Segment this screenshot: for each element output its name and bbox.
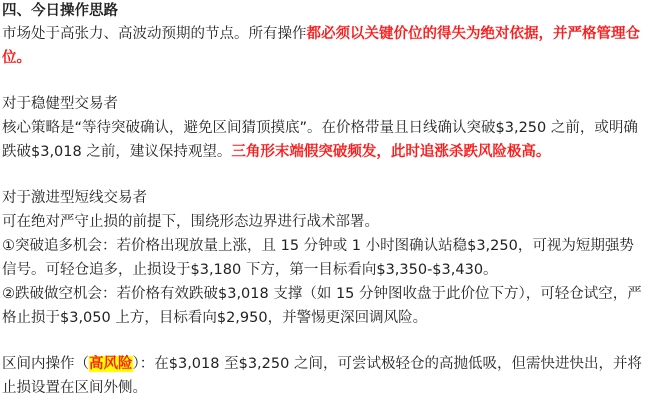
- long-breakout-item: ①突破追多机会：若价格出现放量上涨，且 15 分钟或 1 小时图确认站稳$3,2…: [2, 234, 644, 282]
- spacer: [2, 330, 644, 352]
- aggressive-intro: 可在绝对严守止损的前提下，围绕形态边界进行战术部署。: [2, 210, 644, 234]
- conservative-paragraph: 核心策略是“等待突破确认，避免区间猜顶摸底”。在价格带量且日线确认突破$3,25…: [2, 116, 644, 164]
- intro-text: 市场处于高张力、高波动预期的节点。所有操作: [2, 26, 307, 42]
- intro-paragraph: 市场处于高张力、高波动预期的节点。所有操作都必须以关键价位的得失为绝对依据，并严…: [2, 22, 644, 70]
- short-breakdown-item: ②跌破做空机会：若价格有效跌破$3,018 支撑（如 15 分钟图收盘于此价位下…: [2, 282, 644, 330]
- spacer: [2, 70, 644, 92]
- aggressive-title: 对于激进型短线交易者: [2, 186, 644, 210]
- conservative-emphasis: 三角形末端假突破频发，此时追涨杀跌风险极高。: [231, 144, 550, 160]
- section-heading: 四、今日操作思路: [2, 0, 644, 22]
- spacer: [2, 164, 644, 186]
- range-prefix: 区间内操作（: [2, 356, 89, 372]
- range-paragraph: 区间内操作（高风险）：在$3,018 至$3,250 之间，可尝试极轻仓的高抛低…: [2, 352, 644, 400]
- document: 四、今日操作思路 市场处于高张力、高波动预期的节点。所有操作都必须以关键价位的得…: [0, 0, 650, 400]
- conservative-title: 对于稳健型交易者: [2, 92, 644, 116]
- high-risk-badge: 高风险: [89, 356, 133, 372]
